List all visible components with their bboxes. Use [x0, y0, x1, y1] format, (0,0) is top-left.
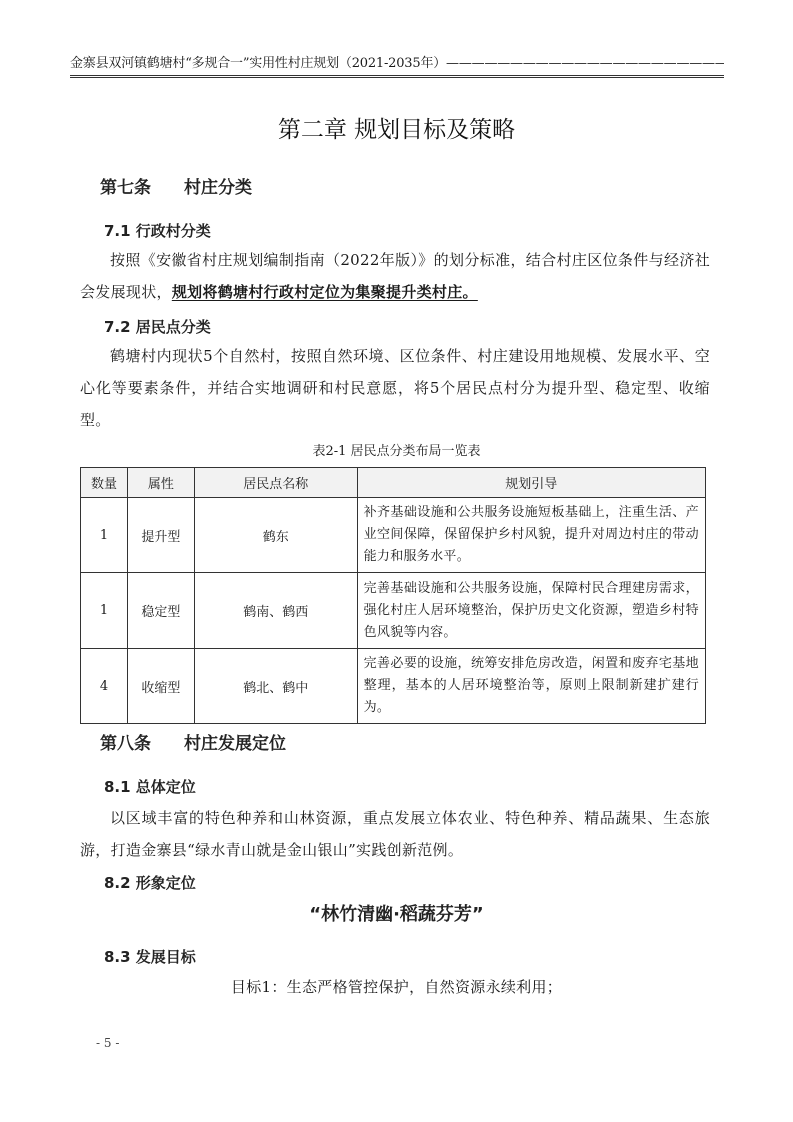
section-8-1-heading: 8.1 总体定位 [104, 776, 196, 798]
table-row: 1 稳定型 鹤南、鹤西 完善基础设施和公共服务设施，保障村民合理建房需求，强化村… [81, 573, 706, 649]
cell-guide: 补齐基础设施和公共服务设施短板基础上，注重生活、产业空间保障，保留保护乡村风貌，… [357, 498, 705, 573]
cell-count: 1 [81, 498, 128, 573]
column-header-guide: 规划引导 [357, 468, 705, 498]
cell-guide: 完善基础设施和公共服务设施，保障村民合理建房需求，强化村庄人居环境整治，保护历史… [357, 573, 705, 649]
emphasized-conclusion: 规划将鹤塘村行政村定位为集聚提升类村庄。 [172, 283, 478, 301]
section-8-1-paragraph: 以区域丰富的特色种养和山林资源，重点发展立体农业、特色种养、精品蔬果、生态旅游，… [80, 802, 710, 866]
table-row: 4 收缩型 鹤北、鹤中 完善必要的设施，统筹安排危房改造，闲置和废弃宅基地整理，… [81, 649, 706, 724]
cell-count: 1 [81, 573, 128, 649]
section-8-2-heading: 8.2 形象定位 [104, 872, 196, 894]
article-8-heading: 第八条村庄发展定位 [100, 732, 286, 756]
table-row: 1 提升型 鹤东 补齐基础设施和公共服务设施短板基础上，注重生活、产业空间保障，… [81, 498, 706, 573]
chapter-title: 第二章 规划目标及策略 [0, 114, 793, 146]
development-goal-1: 目标1：生态严格管控保护，自然资源永续利用； [0, 976, 793, 998]
section-7-2-paragraph: 鹤塘村内现状5个自然村，按照自然环境、区位条件、村庄建设用地规模、发展水平、空心… [80, 340, 710, 436]
settlement-classification-table: 数量 属性 居民点名称 规划引导 1 提升型 鹤东 补齐基础设施和公共服务设施短… [80, 467, 706, 724]
cell-type: 稳定型 [127, 573, 194, 649]
article-7-heading: 第七条村庄分类 [100, 176, 252, 200]
article-title: 村庄分类 [184, 178, 252, 198]
table-header-row: 数量 属性 居民点名称 规划引导 [81, 468, 706, 498]
cell-names: 鹤北、鹤中 [194, 649, 357, 724]
table-caption: 表2-1 居民点分类布局一览表 [0, 442, 793, 462]
cell-type: 提升型 [127, 498, 194, 573]
cell-names: 鹤南、鹤西 [194, 573, 357, 649]
section-7-1-heading: 7.1 行政村分类 [104, 220, 211, 242]
cell-guide: 完善必要的设施，统筹安排危房改造，闲置和废弃宅基地整理，基本的人居环境整治等，原… [357, 649, 705, 724]
cell-names: 鹤东 [194, 498, 357, 573]
section-7-1-paragraph: 按照《安徽省村庄规划编制指南（2022年版）》的划分标准，结合村庄区位条件与经济… [80, 244, 710, 308]
cell-type: 收缩型 [127, 649, 194, 724]
running-header: 金寨县双河镇鹤塘村“多规合一”实用性村庄规划（2021-2035年）——————… [70, 55, 724, 73]
column-header-names: 居民点名称 [194, 468, 357, 498]
article-title: 村庄发展定位 [184, 734, 286, 754]
article-number: 第八条 [100, 732, 184, 756]
image-positioning-slogan: “林竹清幽·稻蔬芬芳” [0, 902, 793, 928]
article-number: 第七条 [100, 176, 184, 200]
page-number: - 5 - [96, 1036, 119, 1050]
header-double-rule [70, 75, 724, 78]
column-header-count: 数量 [81, 468, 128, 498]
section-8-3-heading: 8.3 发展目标 [104, 946, 196, 968]
section-7-2-heading: 7.2 居民点分类 [104, 316, 211, 338]
column-header-type: 属性 [127, 468, 194, 498]
cell-count: 4 [81, 649, 128, 724]
